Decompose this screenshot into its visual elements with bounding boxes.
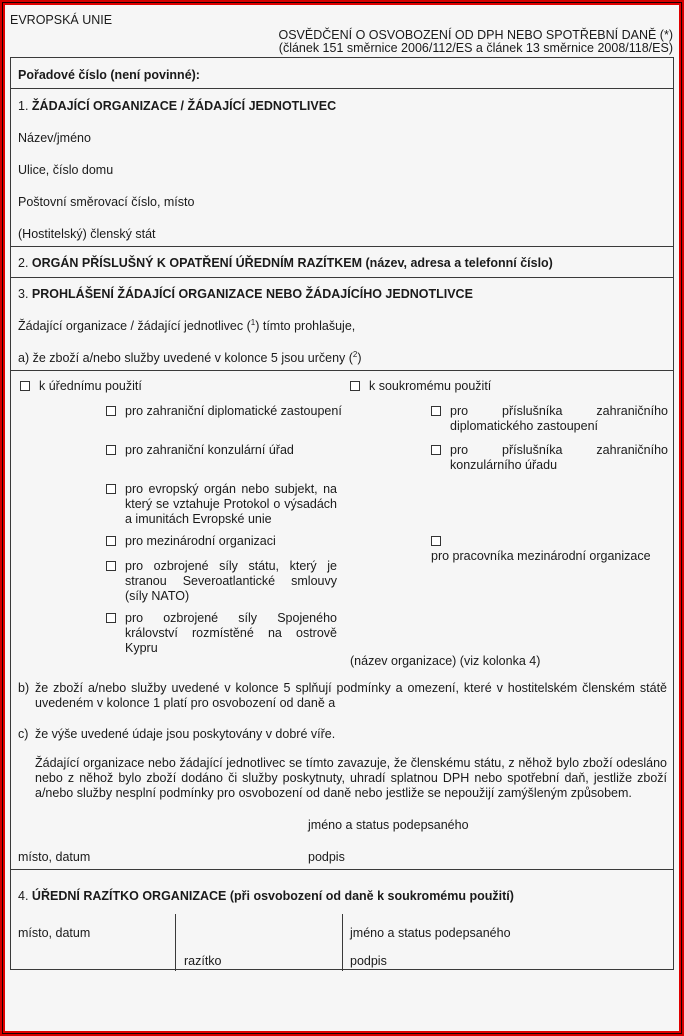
option-label: pro mezinárodní organizaci (125, 534, 345, 549)
option-label: pro příslušníka zahraničního diplomatick… (450, 404, 668, 434)
column-divider (175, 914, 176, 971)
option-international-org[interactable]: pro mezinárodní organizaci (106, 534, 345, 549)
option-consular-office[interactable]: pro zahraniční konzulární úřad (106, 443, 345, 458)
checkbox-icon[interactable] (106, 613, 116, 623)
certificate-subtitle: (článek 151 směrnice 2006/112/ES a článe… (279, 41, 673, 55)
intro-text: Žádající organizace / žádající jednotliv… (18, 319, 251, 333)
private-use-label: k soukromému použití (369, 379, 491, 393)
section1-number: 1. (18, 99, 28, 113)
undertaking-text: Žádající organizace nebo žádající jednot… (35, 756, 667, 801)
form-page: EVROPSKÁ UNIE OSVĚDČENÍ O OSVOBOZENÍ OD … (5, 5, 679, 1031)
checkbox-icon[interactable] (106, 406, 116, 416)
section3-intro: Žádající organizace / žádající jednotliv… (18, 319, 355, 333)
column-divider (342, 914, 343, 971)
option-uk-forces-cyprus[interactable]: pro ozbrojené síly Spojeného království … (106, 611, 337, 656)
clause-c-label: c) (18, 727, 36, 742)
section2-number: 2. (18, 256, 28, 270)
option-label: pro zahraniční konzulární úřad (125, 443, 345, 458)
section2-note: (název, adresa a telefonní číslo) (366, 256, 553, 270)
intro-text-end: ) tímto prohlašuje, (255, 319, 355, 333)
divider (11, 869, 673, 870)
section3-number: 3. (18, 287, 28, 301)
option-label: pro evropský orgán nebo subjekt, na kter… (125, 482, 337, 527)
divider (11, 277, 673, 278)
option-diplomatic-member[interactable]: pro příslušníka zahraničního diplomatick… (431, 404, 668, 434)
option-label: pro pracovníka mezinárodní organizace (431, 549, 661, 564)
checkbox-icon[interactable] (431, 406, 441, 416)
option-label: pro ozbrojené síly Spojeného království … (125, 611, 337, 656)
clause-b-text: že zboží a/nebo služby uvedené v kolonce… (35, 681, 667, 711)
stamp-signer-name[interactable]: jméno a status podepsaného (350, 926, 511, 940)
checkbox-official-use[interactable]: k úřednímu použití (20, 379, 142, 394)
clause-c-text: že výše uvedené údaje jsou poskytovány v… (35, 727, 667, 742)
section3-heading: 3. PROHLÁŠENÍ ŽÁDAJÍCÍ ORGANIZACE NEBO Ž… (18, 287, 473, 301)
section3-title: PROHLÁŠENÍ ŽÁDAJÍCÍ ORGANIZACE NEBO ŽÁDA… (32, 287, 473, 301)
form-table: Pořadové číslo (není povinné): 1. ŽÁDAJÍ… (10, 57, 674, 970)
option-intl-org-employee[interactable]: pro pracovníka mezinárodní organizace (431, 534, 673, 564)
eu-label: EVROPSKÁ UNIE (10, 13, 112, 27)
section1-heading: 1. ŽÁDAJÍCÍ ORGANIZACE / ŽÁDAJÍCÍ JEDNOT… (18, 99, 336, 113)
divider (11, 88, 673, 89)
section2-title: ORGÁN PŘÍSLUŠNÝ K OPATŘENÍ ÚŘEDNÍM RAZÍT… (32, 256, 362, 270)
field-name[interactable]: Název/jméno (18, 131, 91, 145)
field-postcode-city[interactable]: Poštovní směrovací číslo, místo (18, 195, 194, 209)
checkbox-icon[interactable] (350, 381, 360, 391)
section2-heading[interactable]: 2. ORGÁN PŘÍSLUŠNÝ K OPATŘENÍ ÚŘEDNÍM RA… (18, 256, 553, 270)
checkbox-icon[interactable] (106, 484, 116, 494)
section4-note: (při osvobození od daně k soukromému pou… (230, 889, 514, 903)
signer-name-label[interactable]: jméno a status podepsaného (308, 818, 469, 832)
option-diplomatic-mission[interactable]: pro zahraniční diplomatické zastoupení (106, 404, 345, 419)
section4-heading: 4. ÚŘEDNÍ RAZÍTKO ORGANIZACE (při osvobo… (18, 889, 514, 903)
clause-a-text: a) že zboží a/nebo služby uvedené v kolo… (18, 351, 353, 365)
stamp-field[interactable]: razítko (184, 954, 222, 968)
checkbox-private-use[interactable]: k soukromému použití (350, 379, 491, 394)
clause-b-label: b) (18, 681, 36, 696)
field-street[interactable]: Ulice, číslo domu (18, 163, 113, 177)
option-consular-member[interactable]: pro příslušníka zahraničního konzulárníh… (431, 443, 668, 473)
checkbox-icon[interactable] (106, 561, 116, 571)
option-label: pro příslušníka zahraničního konzulárníh… (450, 443, 668, 473)
place-date-label[interactable]: místo, datum (18, 850, 90, 864)
clause-a: a) že zboží a/nebo služby uvedené v kolo… (18, 351, 362, 365)
certificate-title: OSVĚDČENÍ O OSVOBOZENÍ OD DPH NEBO SPOTŘ… (278, 28, 673, 42)
stamp-signature[interactable]: podpis (350, 954, 387, 968)
serial-number-label: Pořadové číslo (není povinné): (18, 68, 200, 82)
section1-title: ŽÁDAJÍCÍ ORGANIZACE / ŽÁDAJÍCÍ JEDNOTLIV… (32, 99, 336, 113)
checkbox-icon[interactable] (431, 536, 441, 546)
divider (11, 370, 673, 371)
divider (11, 246, 673, 247)
option-eu-body[interactable]: pro evropský orgán nebo subjekt, na kter… (106, 482, 337, 527)
official-use-label: k úřednímu použití (39, 379, 142, 393)
checkbox-icon[interactable] (431, 445, 441, 455)
section4-number: 4. (18, 889, 28, 903)
option-nato-forces[interactable]: pro ozbrojené síly státu, který je stran… (106, 559, 337, 604)
section4-title: ÚŘEDNÍ RAZÍTKO ORGANIZACE (32, 889, 226, 903)
signature-label[interactable]: podpis (308, 850, 345, 864)
org-name-note: (název organizace) (viz kolonka 4) (350, 654, 540, 668)
checkbox-icon[interactable] (106, 536, 116, 546)
option-label: pro ozbrojené síly státu, který je stran… (125, 559, 337, 604)
stamp-place-date[interactable]: místo, datum (18, 926, 90, 940)
checkbox-icon[interactable] (106, 445, 116, 455)
option-label: pro zahraniční diplomatické zastoupení (125, 404, 345, 419)
field-member-state[interactable]: (Hostitelský) členský stát (18, 227, 156, 241)
clause-a-end: ) (357, 351, 361, 365)
checkbox-icon[interactable] (20, 381, 30, 391)
